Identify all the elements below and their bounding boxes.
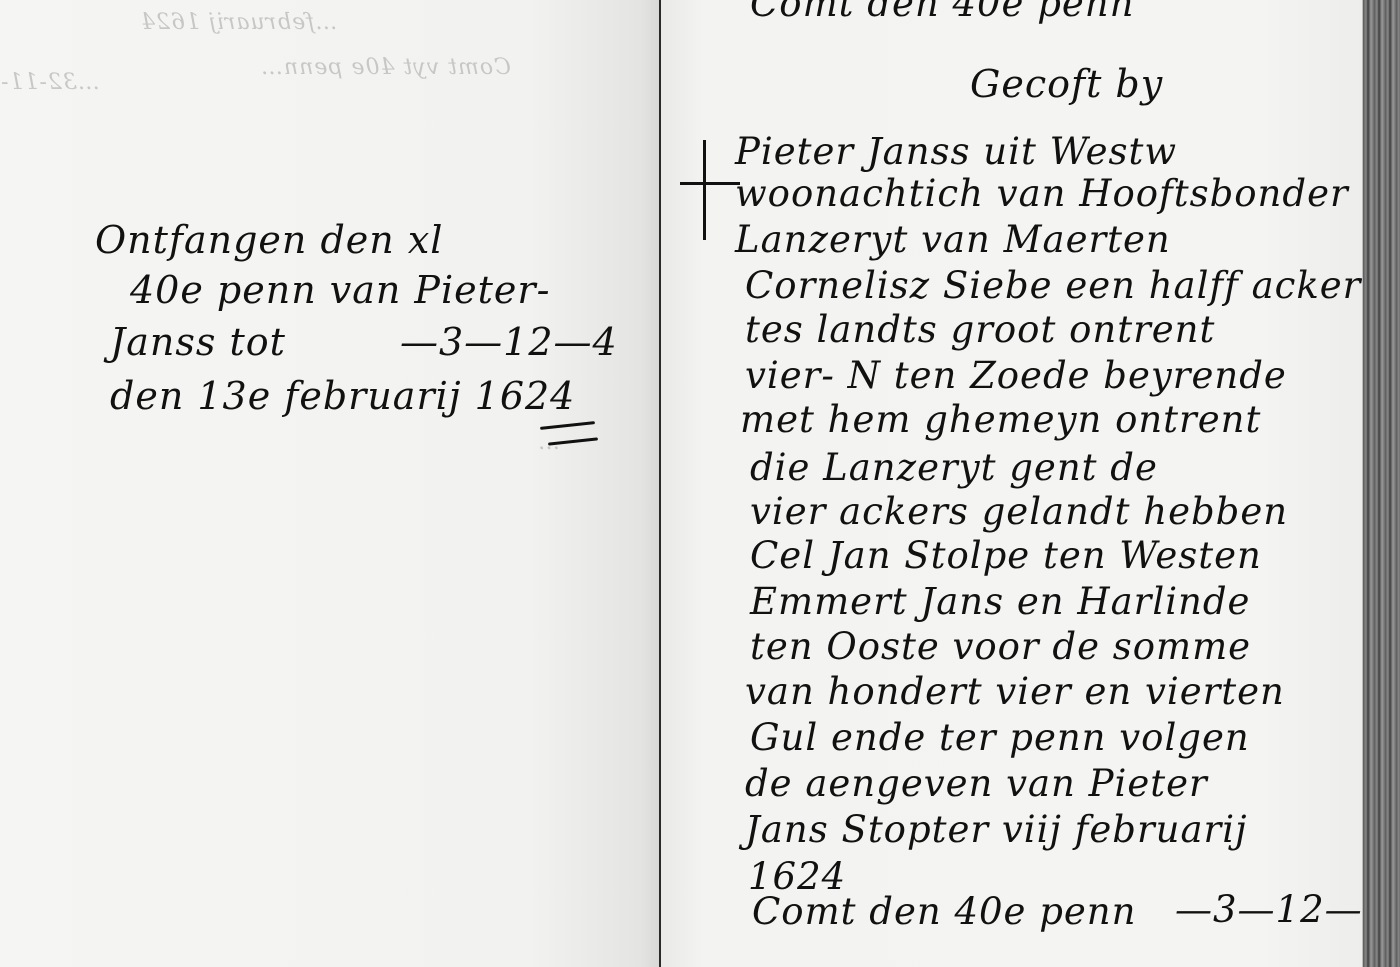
entry-line: vier- N ten Zoede beyrende (745, 354, 1287, 397)
entry-line: Emmert Jans en Harlinde (750, 580, 1250, 623)
top-cutoff-line: Comt den 40e penn (750, 0, 1134, 25)
entry-line: Janss tot (110, 320, 286, 364)
margin-cross-mark (680, 182, 740, 185)
entry-line: Pieter Janss uit Westw (735, 130, 1177, 173)
entry-line: Jans Stopter viij februarij (745, 808, 1248, 851)
entry-line: de aengeven van Pieter (745, 762, 1208, 805)
entry-line: tes landts groot ontrent (745, 308, 1215, 351)
show-through-text: Comt vyt 40e penn… (260, 55, 511, 80)
entry-line: Ontfangen den xl (95, 218, 443, 262)
entry-line: met hem ghemeyn ontrent (740, 398, 1261, 441)
show-through-text: …32-11- (0, 70, 100, 95)
page-fore-edge (1362, 0, 1400, 967)
margin-cross-mark (703, 140, 706, 240)
entry-line: woonachtich van Hooftsbonder (735, 172, 1349, 215)
closing-flourish (540, 421, 595, 430)
entry-heading: Gecoft by (970, 62, 1163, 106)
show-through-text: …februarij 1624 (140, 10, 337, 35)
entry-line: van hondert vier en vierten (745, 670, 1285, 713)
entry-line: vier ackers gelandt hebben (750, 490, 1288, 533)
manuscript-spread: …februarij 1624 …32-11- Comt vyt 40e pen… (0, 0, 1400, 967)
entry-amount: —3—12—4 (400, 320, 618, 364)
left-page: …februarij 1624 …32-11- Comt vyt 40e pen… (0, 0, 660, 967)
entry-date: den 13e februarij 1624 (110, 374, 575, 418)
entry-line: 40e penn van Pieter- (130, 268, 550, 312)
entry-line: Gul ende ter penn volgen (750, 716, 1250, 759)
entry-line: Lanzeryt van Maerten (735, 218, 1171, 261)
entry-line: Cornelisz Siebe een halff acker (745, 264, 1361, 307)
entry-line: ten Ooste voor de somme (750, 625, 1251, 668)
entry-line: Cel Jan Stolpe ten Westen (750, 534, 1262, 577)
entry-line: die Lanzeryt gent de (750, 446, 1158, 489)
total-label: Comt den 40e penn (752, 890, 1136, 933)
show-through-text: … (0, 430, 560, 455)
total-amount: —3—12—4 (1175, 888, 1387, 931)
